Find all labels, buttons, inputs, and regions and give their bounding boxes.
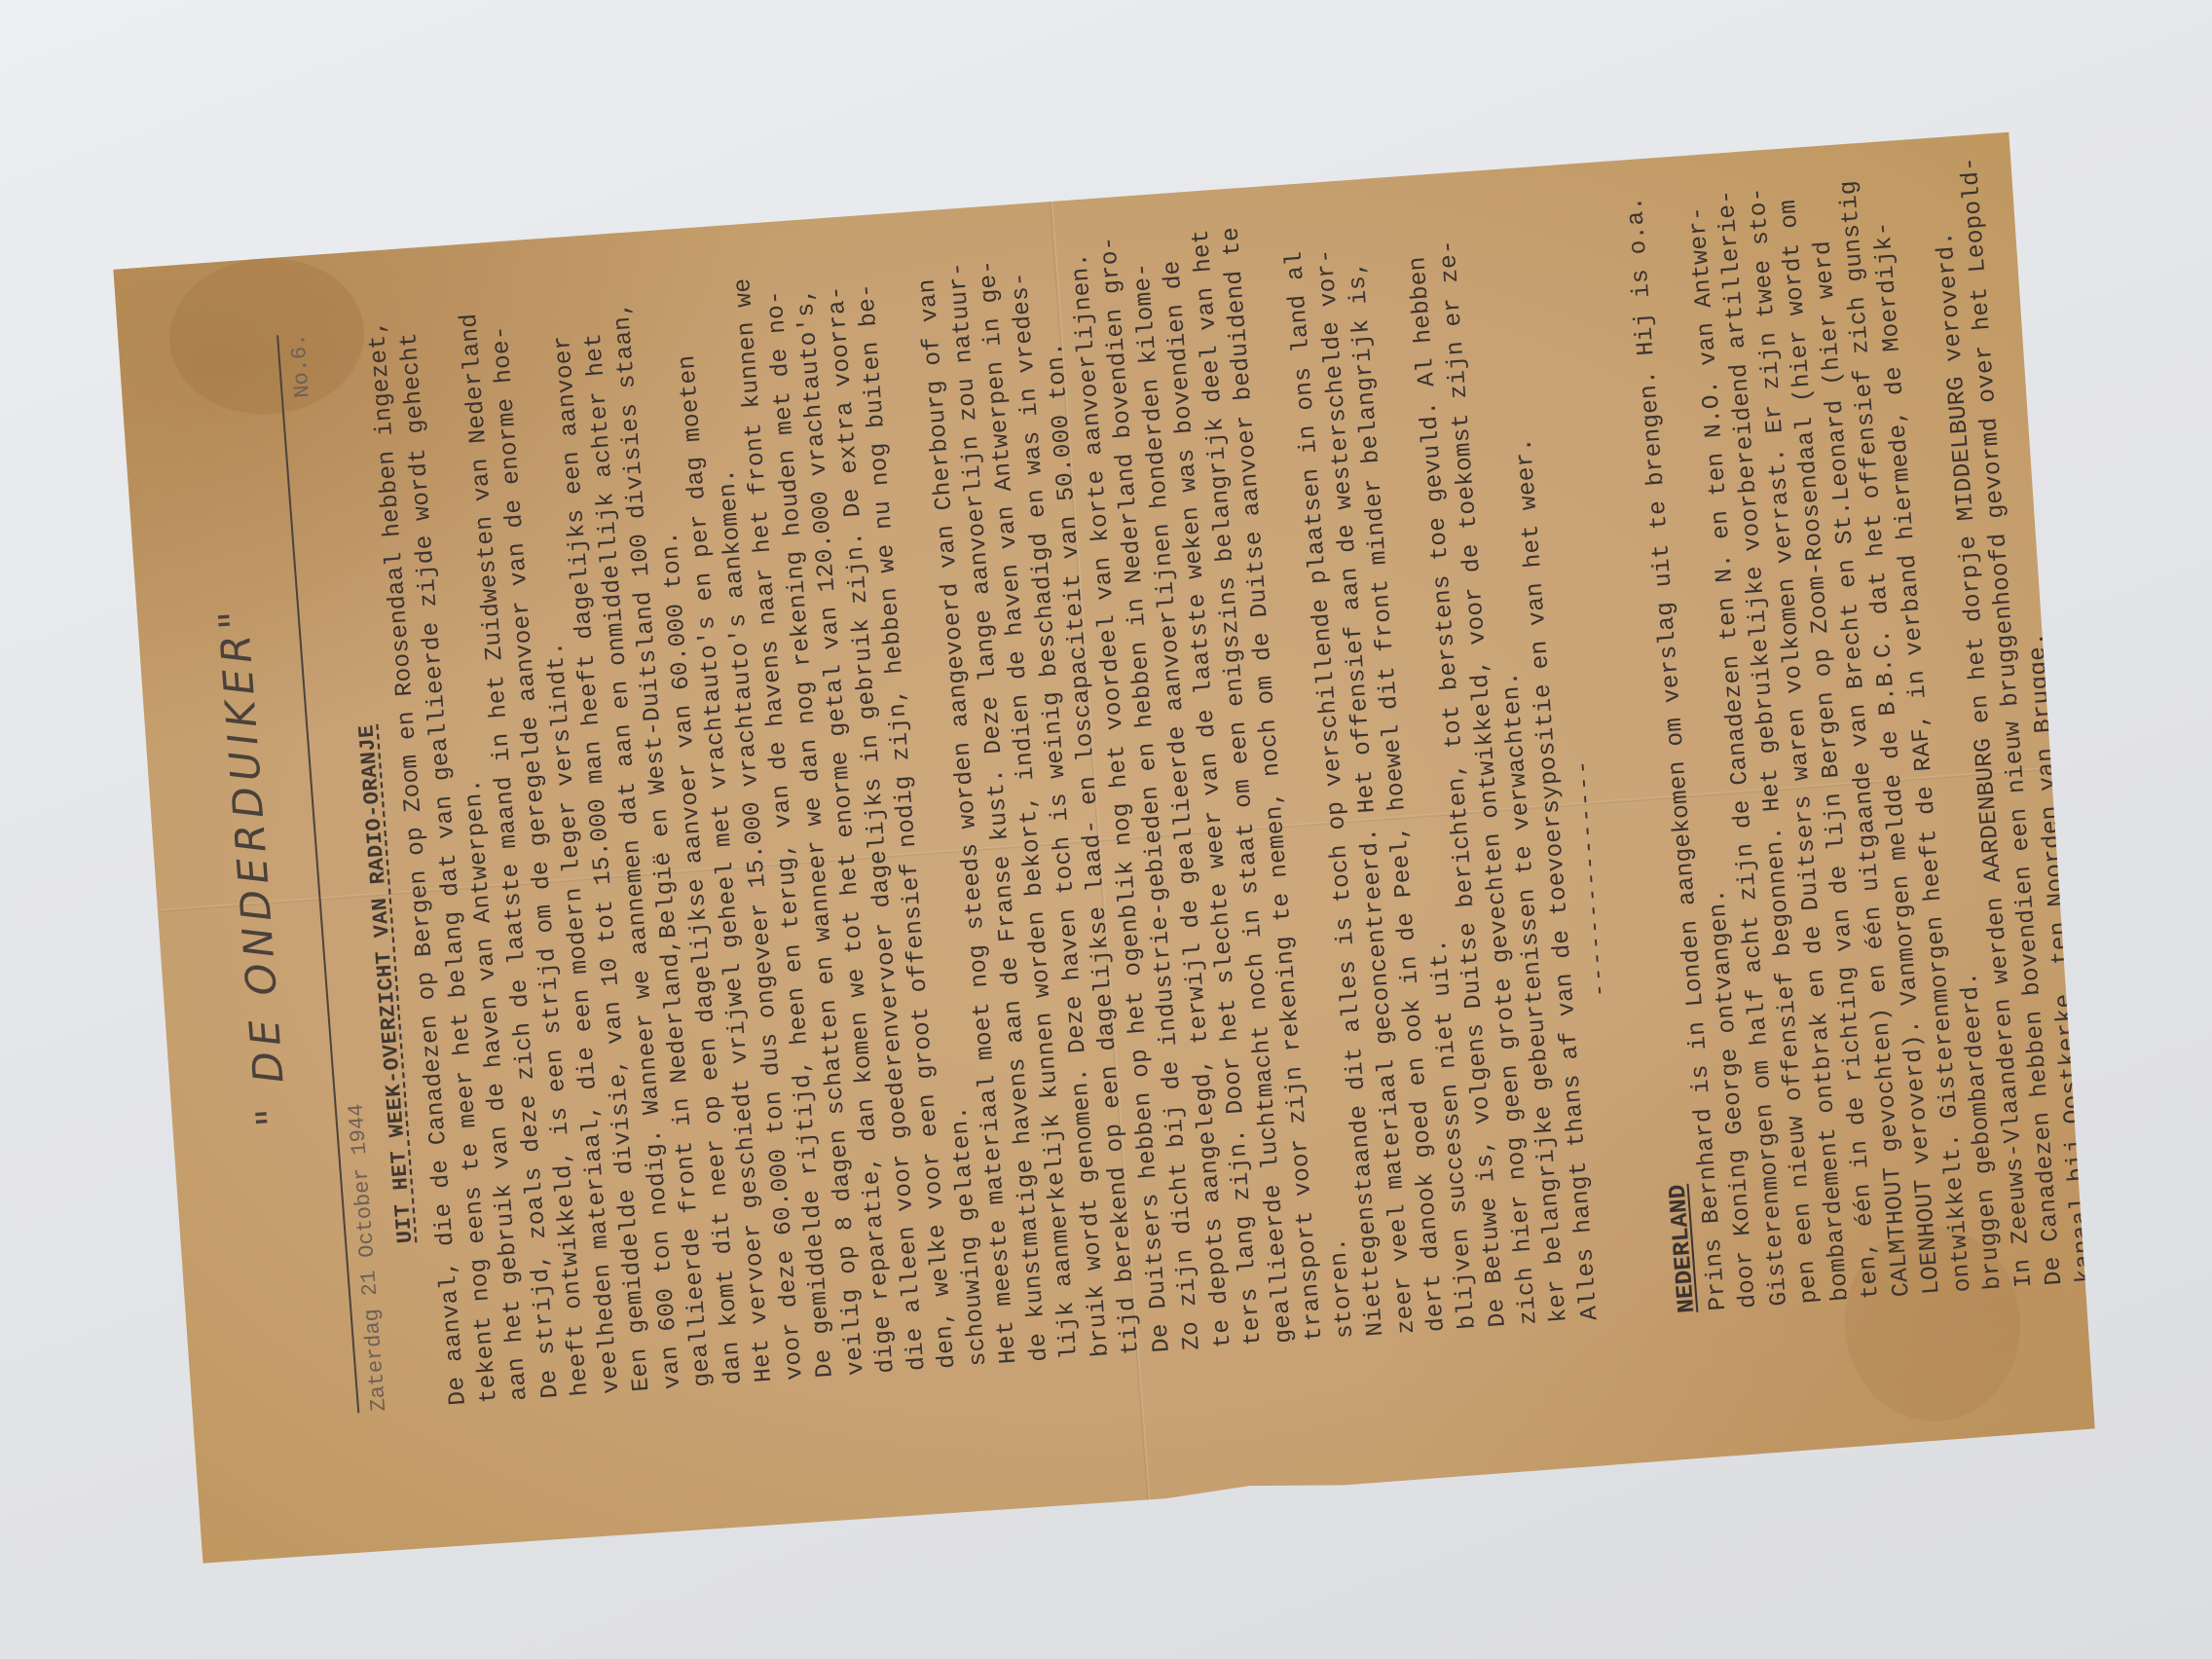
article-paragraph: De aanval, die de Canadezen op Bergen op…	[362, 277, 994, 1406]
issue-number: No.6.	[286, 333, 315, 399]
section-body-nederland: Prins Bernhard is in Londen aangekomen o…	[1622, 188, 2194, 1312]
photo-background: " DE ONDERDUIKER" Zaterdag 21 October 19…	[0, 0, 2212, 1659]
newsletter-sheet: " DE ONDERDUIKER" Zaterdag 21 October 19…	[106, 127, 2107, 1570]
document-content: " DE ONDERDUIKER" Zaterdag 21 October 19…	[189, 188, 2194, 1419]
article-body: De aanval, die de Canadezen op Bergen op…	[362, 232, 1606, 1407]
text-line: hebben en de Engelse luchtmacht de overb…	[2081, 188, 2193, 1277]
newsletter-title: " DE ONDERDUIKER"	[209, 603, 296, 1128]
issue-date: Zaterdag 21 October 1944	[344, 1103, 391, 1413]
